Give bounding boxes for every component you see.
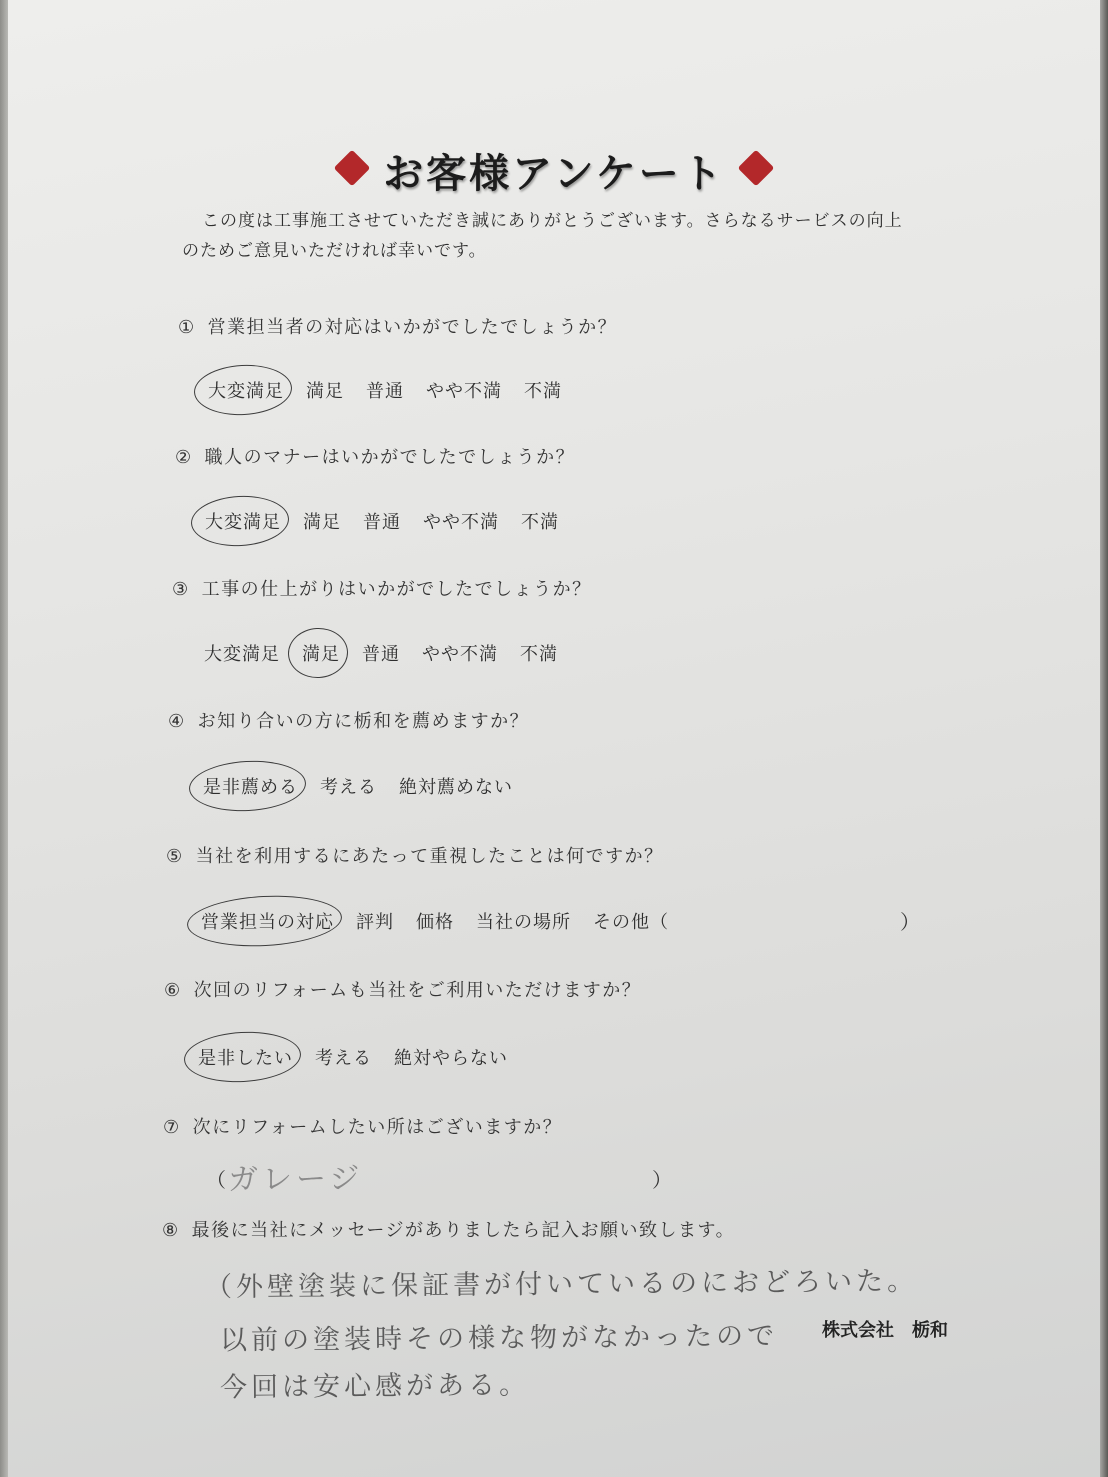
diamond-icon bbox=[737, 150, 774, 187]
question-text: 最後に当社にメッセージがありましたら記入お願い致します。 bbox=[192, 1220, 735, 1241]
option[interactable]: やや不満 bbox=[426, 377, 502, 403]
paper-edge-right bbox=[1100, 0, 1108, 1477]
option-selected[interactable]: 満足 bbox=[302, 640, 340, 666]
option[interactable]: 不満 bbox=[524, 377, 562, 403]
question-text: 当社を利用するにあたって重視したことは何ですか？ bbox=[196, 846, 664, 867]
option[interactable]: 評判 bbox=[356, 908, 394, 934]
question-1-options: 大変満足満足普通やや不満不満 bbox=[208, 377, 584, 403]
title-text: お客様アンケート bbox=[383, 150, 725, 197]
question-text: 次回のリフォームも当社をご利用いただけますか？ bbox=[194, 980, 642, 1001]
question-2-options: 大変満足満足普通やや不満不満 bbox=[205, 508, 581, 534]
question-number: ③ bbox=[172, 579, 190, 600]
question-2: ②職人のマナーはいかがでしたでしょうか？ bbox=[175, 443, 575, 469]
option[interactable]: やや不満 bbox=[423, 508, 499, 534]
question-number: ① bbox=[178, 317, 196, 338]
handwritten-message-line-3[interactable]: 今回は安心感がある。 bbox=[220, 1363, 530, 1405]
question-number: ② bbox=[175, 447, 193, 468]
question-number: ⑧ bbox=[162, 1220, 180, 1241]
handwritten-message-line-2[interactable]: 以前の塗装時その様な物がなかったので bbox=[220, 1314, 778, 1358]
question-3: ③工事の仕上がりはいかがでしたでしょうか？ bbox=[172, 575, 592, 601]
question-5-options: 営業担当の対応評判価格当社の場所その他（ bbox=[201, 908, 691, 934]
option[interactable]: 絶対薦めない bbox=[399, 773, 513, 799]
question-text: 営業担当者の対応はいかがでしたでしょうか？ bbox=[208, 317, 618, 338]
option[interactable]: 満足 bbox=[303, 508, 341, 534]
option[interactable]: 普通 bbox=[363, 508, 401, 534]
option[interactable]: 不満 bbox=[520, 640, 558, 666]
question-text: 職人のマナーはいかがでしたでしょうか？ bbox=[205, 447, 576, 468]
answer-open-paren: （ bbox=[206, 1164, 226, 1193]
option[interactable]: 普通 bbox=[362, 640, 400, 666]
option[interactable]: 普通 bbox=[366, 377, 404, 403]
question-5: ⑤当社を利用するにあたって重視したことは何ですか？ bbox=[166, 842, 664, 868]
paper-edge-left bbox=[0, 0, 8, 1477]
diamond-icon bbox=[334, 150, 371, 187]
intro-line-2: のためご意見いただければ幸いです。 bbox=[182, 236, 487, 261]
question-4: ④お知り合いの方に栃和を薦めますか？ bbox=[168, 707, 529, 733]
question-number: ⑤ bbox=[166, 846, 184, 867]
option-selected[interactable]: 大変満足 bbox=[208, 377, 284, 403]
question-text: 次にリフォームしたい所はございますか？ bbox=[193, 1117, 563, 1138]
option-selected[interactable]: 是非薦める bbox=[203, 773, 298, 799]
question-3-options: 大変満足満足普通やや不満不満 bbox=[204, 640, 580, 666]
question-6: ⑥次回のリフォームも当社をご利用いただけますか？ bbox=[164, 976, 641, 1002]
survey-title: お客様アンケート bbox=[0, 142, 1108, 199]
option[interactable]: 考える bbox=[315, 1044, 372, 1070]
handwritten-answer-7[interactable]: ガレージ bbox=[228, 1153, 364, 1198]
option-selected[interactable]: 大変満足 bbox=[205, 508, 281, 534]
question-7: ⑦次にリフォームしたい所はございますか？ bbox=[163, 1113, 562, 1139]
question-1: ①営業担当者の対応はいかがでしたでしょうか？ bbox=[178, 313, 617, 339]
option-selected[interactable]: 是非したい bbox=[198, 1044, 293, 1070]
option[interactable]: 不満 bbox=[521, 508, 559, 534]
option[interactable]: 絶対やらない bbox=[394, 1044, 508, 1070]
question-number: ④ bbox=[168, 711, 186, 732]
intro-line-1: この度は工事施工させていただき誠にありがとうございます。さらなるサービスの向上 bbox=[202, 206, 903, 231]
option-selected[interactable]: 営業担当の対応 bbox=[201, 908, 334, 934]
option[interactable]: 大変満足 bbox=[204, 640, 280, 666]
question-number: ⑥ bbox=[164, 980, 182, 1001]
option[interactable]: 考える bbox=[320, 773, 377, 799]
option[interactable]: 満足 bbox=[306, 377, 344, 403]
handwritten-message-line-1[interactable]: （外壁塗装に保証書が付いているのにおどろいた。 bbox=[205, 1259, 918, 1304]
option[interactable]: 当社の場所 bbox=[476, 908, 571, 934]
answer-close-paren: ） bbox=[652, 1164, 672, 1193]
question-text: 工事の仕上がりはいかがでしたでしょうか？ bbox=[202, 579, 592, 600]
question-8: ⑧最後に当社にメッセージがありましたら記入お願い致します。 bbox=[162, 1216, 735, 1242]
question-number: ⑦ bbox=[163, 1117, 181, 1138]
question-text: お知り合いの方に栃和を薦めますか？ bbox=[198, 711, 530, 732]
option[interactable]: やや不満 bbox=[422, 640, 498, 666]
company-name: 株式会社 栃和 bbox=[822, 1316, 948, 1342]
question-6-options: 是非したい考える絶対やらない bbox=[198, 1044, 530, 1070]
other-close-paren: ） bbox=[900, 906, 920, 935]
option-other[interactable]: その他（ bbox=[593, 908, 669, 934]
question-4-options: 是非薦める考える絶対薦めない bbox=[203, 773, 535, 799]
option[interactable]: 価格 bbox=[416, 908, 454, 934]
